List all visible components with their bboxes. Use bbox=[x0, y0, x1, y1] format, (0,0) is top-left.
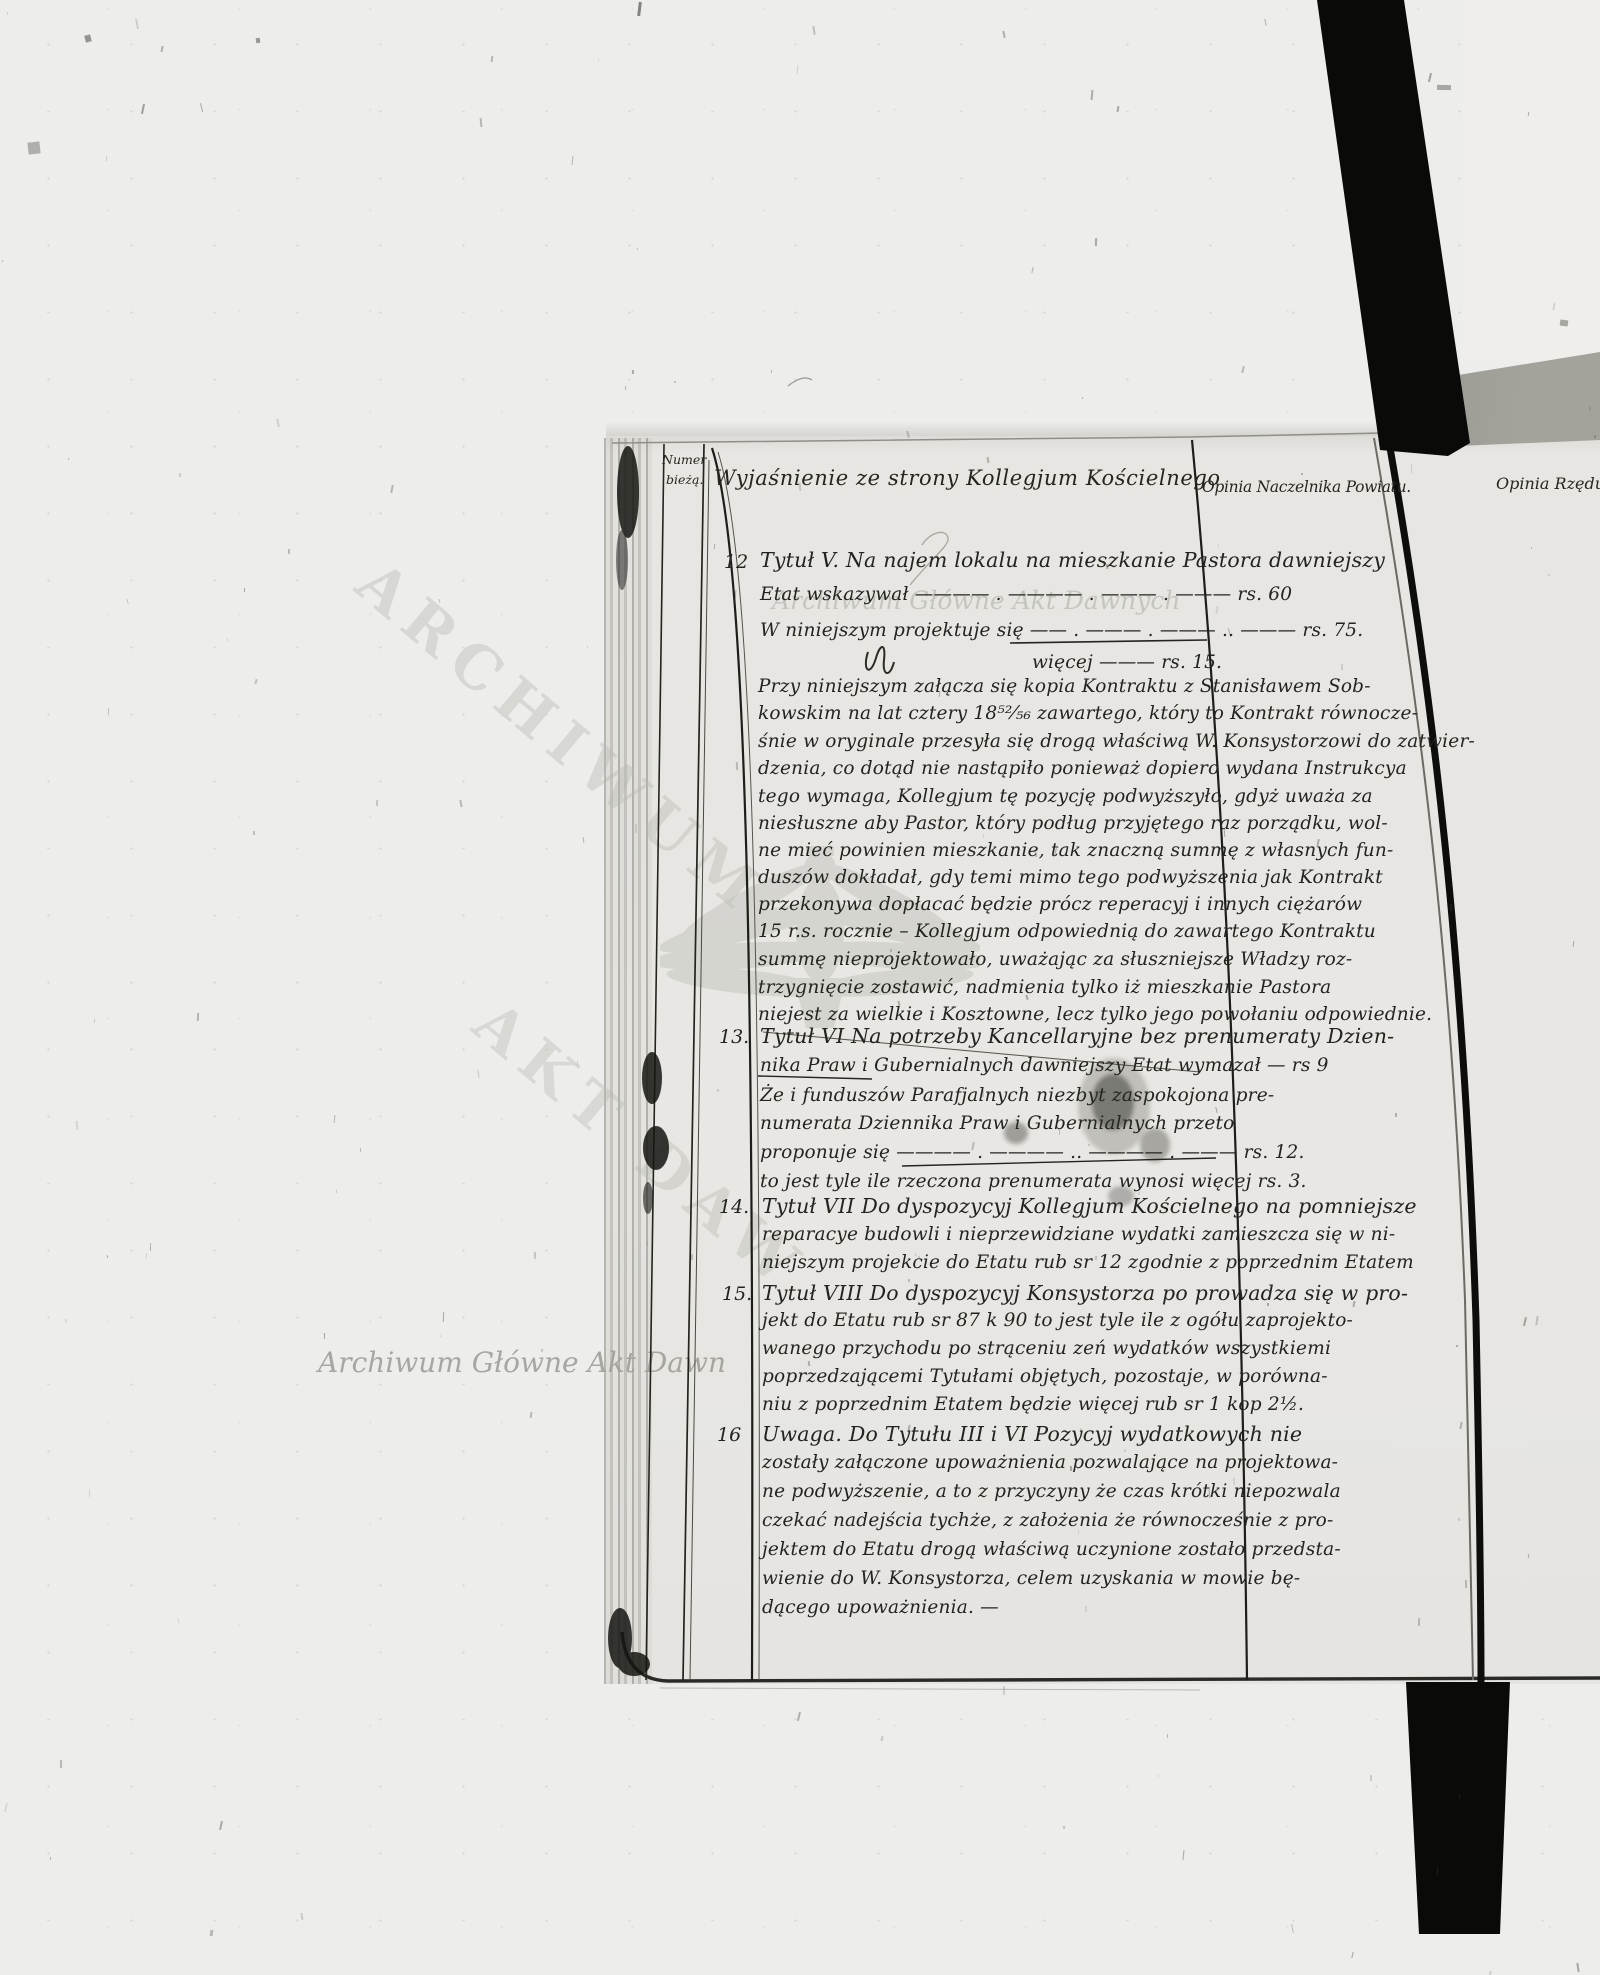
numer-column-header-line1: Numer bbox=[662, 452, 706, 467]
manuscript-line: czekać nadejścia tychże, z założenia że … bbox=[762, 1510, 1333, 1531]
manuscript-line: Uwaga. Do Tytułu III i VI Pozycyj wydatk… bbox=[762, 1422, 1302, 1446]
manuscript-line: dzenia, co dotąd nie nastąpiło ponieważ … bbox=[758, 758, 1407, 779]
manuscript-line: Tytuł VIII Do dyspozycyj Konsystorza po … bbox=[762, 1281, 1408, 1305]
manuscript-line: proponuje się ———— . ———— .. ———— . ——— … bbox=[760, 1142, 1305, 1163]
manuscript-line: więcej ——— rs. 15. bbox=[1032, 652, 1222, 673]
manuscript-line: reparacye budowli i nieprzewidziane wyda… bbox=[762, 1224, 1395, 1245]
manuscript-line: przekonywa dopłacać będzie prócz reperac… bbox=[758, 894, 1362, 915]
entry-number: 16 bbox=[717, 1424, 741, 1446]
manuscript-line: summę nieprojektowało, uważając za słusz… bbox=[758, 949, 1352, 970]
manuscript-line: wienie do W. Konsystorza, celem uzyskani… bbox=[762, 1568, 1300, 1589]
rule-left-margin-b bbox=[683, 444, 704, 1680]
manuscript-line: duszów dokładał, gdy temi mimo tego podw… bbox=[758, 867, 1383, 888]
underline-praw bbox=[758, 1076, 872, 1079]
manuscript-line: zostały załączone upoważnienia pozwalają… bbox=[762, 1452, 1338, 1473]
manuscript-line: Tytuł VII Do dyspozycyj Kollegjum Koście… bbox=[762, 1194, 1417, 1218]
ink-smudge bbox=[1140, 1128, 1170, 1162]
scanned-document-canvas: Archiwum Główne Akt Dawnych Archiwum Głó… bbox=[0, 0, 1600, 1975]
manuscript-line: to jest tyle ile rzeczona prenumerata wy… bbox=[760, 1171, 1307, 1192]
manuscript-line: 15 r.s. rocznie – Kollegjum odpowiednią … bbox=[758, 921, 1376, 942]
rule-numer-divider bbox=[712, 448, 752, 1680]
manuscript-line: niejszym projekcie do Etatu rub sr 12 zg… bbox=[762, 1252, 1414, 1273]
manuscript-line: wanego przychodu po strąceniu zeń wydatk… bbox=[762, 1338, 1331, 1359]
main-column-header: Wyjaśnienie ze strony Kollegjum Kościeln… bbox=[714, 466, 1221, 490]
manuscript-line: poprzedzającemi Tytułami objętych, pozos… bbox=[762, 1366, 1328, 1387]
entry-number: 15. bbox=[722, 1283, 752, 1305]
entry-number: 14. bbox=[719, 1196, 749, 1218]
manuscript-line: niejest za wielkie i Kosztowne, lecz tyl… bbox=[758, 1004, 1432, 1025]
manuscript-line: Tytuł V. Na najem lokalu na mieszkanie P… bbox=[760, 548, 1385, 572]
page-top-edge bbox=[612, 433, 1383, 443]
page-right-edge bbox=[1374, 438, 1473, 1680]
entry-number: 13. bbox=[719, 1026, 749, 1048]
pencil-mark bbox=[788, 378, 812, 386]
entry-number: 12 bbox=[724, 551, 748, 573]
opinion2-column-header: Opinia Rzędu Gu bbox=[1496, 474, 1600, 493]
manuscript-line: dącego upoważnienia. — bbox=[762, 1597, 999, 1618]
opinion1-column-header: Opinia Naczelnika Powiatu. bbox=[1202, 478, 1411, 496]
manuscript-line: ne mieć powinien mieszkanie, tak znaczną… bbox=[758, 840, 1393, 861]
page-bottom-shadow bbox=[660, 1688, 1200, 1690]
gutter-shadow bbox=[1388, 436, 1481, 1682]
manuscript-line: Etat wskazywał ———— . ———— . ——— . ——— r… bbox=[760, 584, 1292, 605]
page-bottom-edge bbox=[622, 1632, 1600, 1681]
manuscript-line: jektem do Etatu drogą właściwą uczynione… bbox=[762, 1539, 1341, 1560]
manuscript-line: jekt do Etatu rub sr 87 k 90 to jest tyl… bbox=[762, 1310, 1353, 1331]
ink-smudge bbox=[1108, 1186, 1134, 1206]
manuscript-line: W niniejszym projektuje się —— . ——— . —… bbox=[760, 620, 1363, 641]
manuscript-line: niu z poprzednim Etatem będzie więcej ru… bbox=[762, 1394, 1304, 1415]
manuscript-line: Przy niniejszym załącza się kopia Kontra… bbox=[758, 676, 1371, 697]
manuscript-line: Tytuł VI Na potrzeby Kancellaryjne bez p… bbox=[760, 1024, 1394, 1048]
manuscript-line: kowskim na lat cztery 18⁵²⁄₅₆ zawartego,… bbox=[758, 703, 1418, 724]
ink-scribble bbox=[866, 647, 894, 673]
manuscript-line: nika Praw i Gubernialnych dawniejszy Eta… bbox=[760, 1055, 1329, 1076]
binding-ink-blobs bbox=[608, 446, 669, 1676]
manuscript-line: trzygnięcie zostawić, nadmienia tylko iż… bbox=[758, 977, 1331, 998]
ink-smudge bbox=[1004, 1122, 1028, 1144]
manuscript-line: Że i funduszów Parafjalnych niezbyt zasp… bbox=[760, 1085, 1274, 1106]
manuscript-line: ne podwyższenie, a to z przyczyny że cza… bbox=[762, 1481, 1341, 1502]
manuscript-line: tego wymaga, Kollegjum tę pozycję podwyż… bbox=[758, 786, 1373, 807]
manuscript-line: śnie w oryginale przesyła się drogą właś… bbox=[758, 731, 1475, 752]
manuscript-line: niesłuszne aby Pastor, który podług przy… bbox=[758, 813, 1388, 834]
numer-column-header-line2: bieżą. bbox=[666, 472, 703, 487]
ink-smudge bbox=[1092, 1074, 1134, 1130]
